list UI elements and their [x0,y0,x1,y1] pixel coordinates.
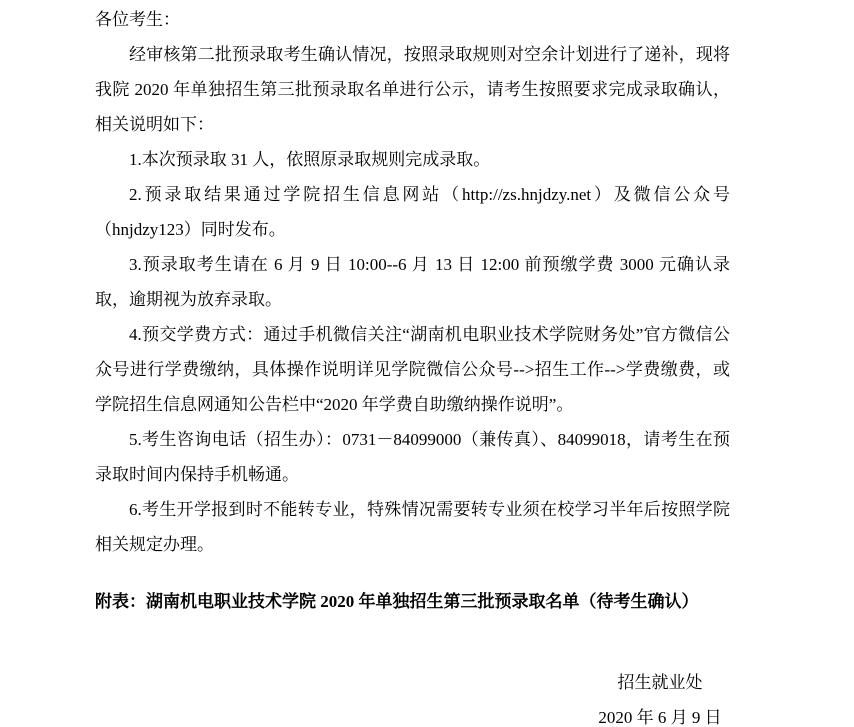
signature-block: 招生就业处 2020 年 6 月 9 日 [535,665,785,727]
notice-item-6: 6.考生开学报到时不能转专业，特殊情况需要转专业须在校学习半年后按照学院相关规定… [95,492,730,562]
attachment-title: 附表：湖南机电职业技术学院 2020 年单独招生第三批预录取名单（待考生确认） [95,584,730,619]
notice-item-1: 1.本次预录取 31 人，依照原录取规则完成录取。 [95,142,730,177]
notice-item-3: 3.预录取考生请在 6 月 9 日 10:00--6 月 13 日 12:00 … [95,247,730,317]
notice-item-4: 4.预交学费方式：通过手机微信关注“湖南机电职业技术学院财务处”官方微信公众号进… [95,317,730,422]
notice-item-2: 2.预录取结果通过学院招生信息网站（http://zs.hnjdzy.net）及… [95,177,730,247]
salutation: 各位考生： [95,2,730,37]
notice-document-page: 各位考生： 经审核第二批预录取考生确认情况，按照录取规则对空余计划进行了递补，现… [0,0,854,727]
signature-department: 招生就业处 [535,665,785,700]
intro-paragraph: 经审核第二批预录取考生确认情况，按照录取规则对空余计划进行了递补，现将我院 20… [95,37,730,142]
notice-item-5: 5.考生咨询电话（招生办）：0731－84099000（兼传真）、8409901… [95,422,730,492]
signature-date: 2020 年 6 月 9 日 [535,700,785,727]
